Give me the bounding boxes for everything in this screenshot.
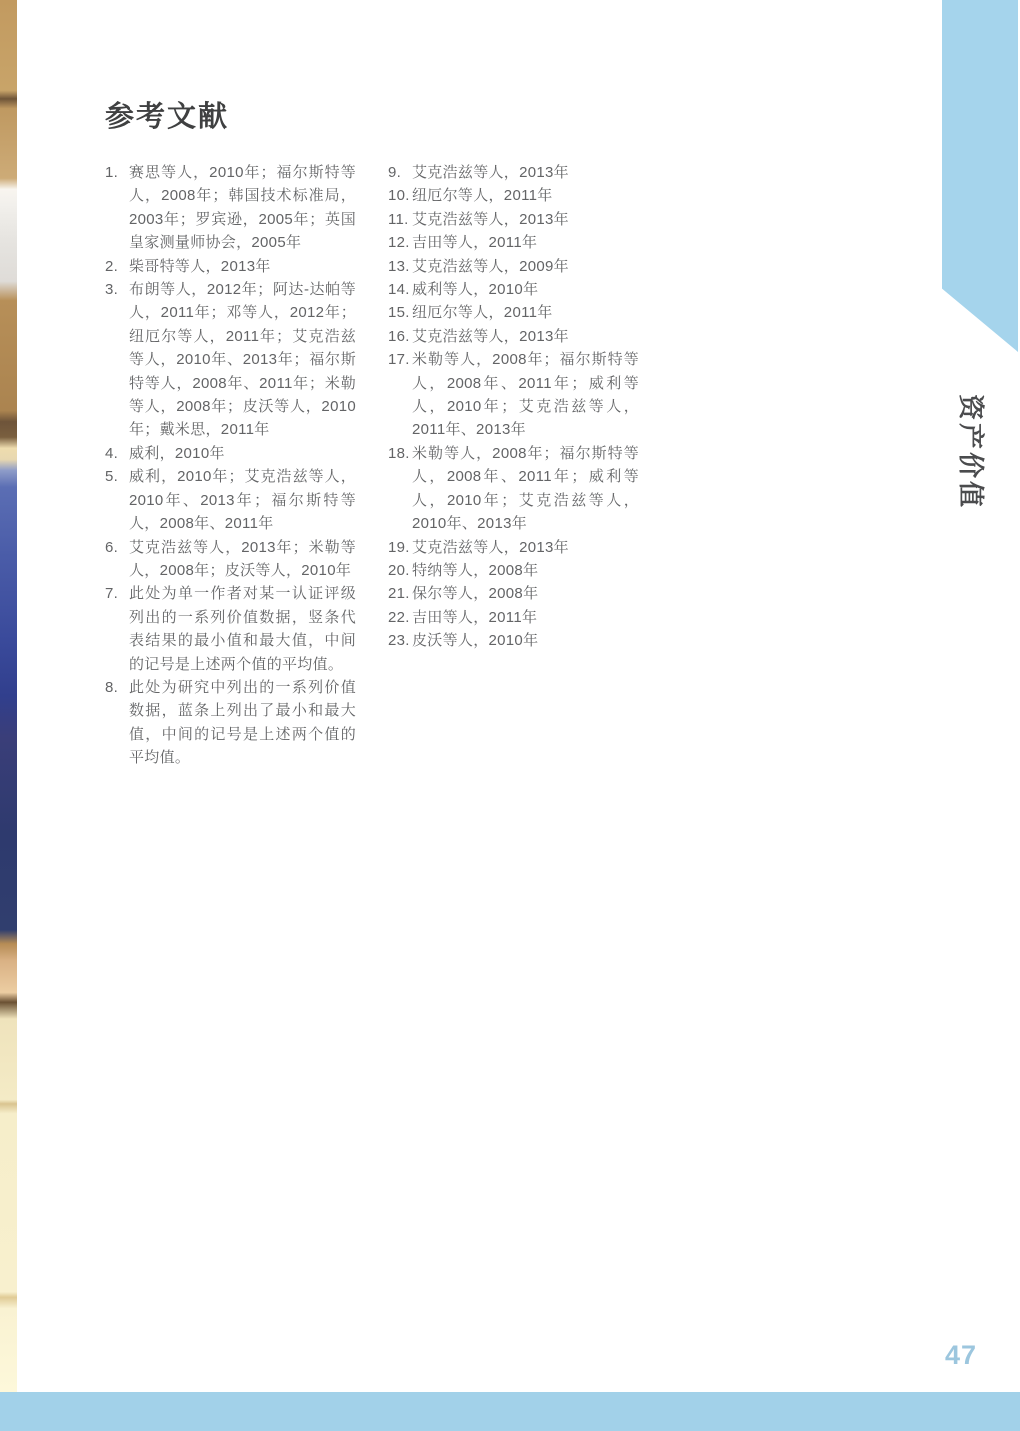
reference-number: 23. — [388, 629, 412, 652]
reference-text: 此处为研究中列出的一系列价值数据，蓝条上列出了最小和最大值，中间的记号是上述两个… — [129, 676, 356, 770]
reference-item: 10.纽厄尔等人，2011年 — [388, 184, 639, 207]
reference-text: 艾克浩兹等人，2013年 — [412, 536, 639, 559]
reference-number: 10. — [388, 184, 412, 207]
reference-item: 17.米勒等人，2008年；福尔斯特等人，2008年、2011年；威利等人，20… — [388, 348, 639, 442]
reference-item: 9.艾克浩兹等人，2013年 — [388, 161, 639, 184]
reference-number: 11. — [388, 208, 412, 231]
reference-text: 布朗等人，2012年；阿达-达帕等人，2011年；邓等人，2012年；纽厄尔等人… — [129, 278, 356, 442]
reference-item: 12.吉田等人，2011年 — [388, 231, 639, 254]
reference-item: 4.威利，2010年 — [105, 442, 356, 465]
reference-text: 特纳等人，2008年 — [412, 559, 639, 582]
reference-item: 7.此处为单一作者对某一认证评级列出的一系列价值数据，竖条代表结果的最小值和最大… — [105, 582, 356, 676]
left-photo-strip — [0, 0, 17, 1392]
reference-number: 1. — [105, 161, 129, 255]
references-list: 1.赛思等人，2010年；福尔斯特等人，2008年；韩国技术标准局，2003年；… — [105, 161, 639, 770]
reference-number: 20. — [388, 559, 412, 582]
reference-item: 11.艾克浩兹等人，2013年 — [388, 208, 639, 231]
reference-number: 3. — [105, 278, 129, 442]
reference-number: 18. — [388, 442, 412, 536]
reference-text: 保尔等人，2008年 — [412, 582, 639, 605]
page-number: 47 — [938, 1340, 984, 1371]
reference-text: 吉田等人，2011年 — [412, 231, 639, 254]
reference-number: 16. — [388, 325, 412, 348]
reference-number: 8. — [105, 676, 129, 770]
reference-text: 此处为单一作者对某一认证评级列出的一系列价值数据，竖条代表结果的最小值和最大值，… — [129, 582, 356, 676]
reference-text: 艾克浩兹等人，2013年 — [412, 208, 639, 231]
reference-item: 5.威利，2010年；艾克浩兹等人，2010年、2013年；福尔斯特等人，200… — [105, 465, 356, 535]
reference-number: 17. — [388, 348, 412, 442]
reference-text: 威利，2010年；艾克浩兹等人，2010年、2013年；福尔斯特等人，2008年… — [129, 465, 356, 535]
reference-item: 22.吉田等人，2011年 — [388, 606, 639, 629]
reference-item: 2.柴哥特等人，2013年 — [105, 255, 356, 278]
reference-text: 艾克浩兹等人，2013年；米勒等人，2008年；皮沃等人，2010年 — [129, 536, 356, 583]
reference-text: 艾克浩兹等人，2013年 — [412, 161, 639, 184]
reference-text: 皮沃等人，2010年 — [412, 629, 639, 652]
reference-item: 14.威利等人，2010年 — [388, 278, 639, 301]
footer-bar — [0, 1392, 1020, 1431]
reference-number: 7. — [105, 582, 129, 676]
reference-number: 14. — [388, 278, 412, 301]
reference-item: 20.特纳等人，2008年 — [388, 559, 639, 582]
reference-text: 米勒等人，2008年；福尔斯特等人，2008年、2011年；威利等人，2010年… — [412, 348, 639, 442]
references-right-column: 9.艾克浩兹等人，2013年 10.纽厄尔等人，2011年 11.艾克浩兹等人，… — [388, 161, 639, 770]
reference-number: 9. — [388, 161, 412, 184]
reference-text: 艾克浩兹等人，2013年 — [412, 325, 639, 348]
reference-item: 16.艾克浩兹等人，2013年 — [388, 325, 639, 348]
reference-text: 威利，2010年 — [129, 442, 356, 465]
reference-number: 15. — [388, 301, 412, 324]
reference-text: 艾克浩兹等人，2009年 — [412, 255, 639, 278]
reference-text: 威利等人，2010年 — [412, 278, 639, 301]
reference-text: 纽厄尔等人，2011年 — [412, 184, 639, 207]
reference-number: 4. — [105, 442, 129, 465]
references-left-column: 1.赛思等人，2010年；福尔斯特等人，2008年；韩国技术标准局，2003年；… — [105, 161, 356, 770]
document-page: 资产价值 参考文献 1.赛思等人，2010年；福尔斯特等人，2008年；韩国技术… — [0, 0, 1020, 1431]
reference-number: 13. — [388, 255, 412, 278]
reference-number: 22. — [388, 606, 412, 629]
reference-item: 1.赛思等人，2010年；福尔斯特等人，2008年；韩国技术标准局，2003年；… — [105, 161, 356, 255]
side-tab-label: 资产价值 — [959, 394, 991, 516]
reference-item: 21.保尔等人，2008年 — [388, 582, 639, 605]
reference-item: 19.艾克浩兹等人，2013年 — [388, 536, 639, 559]
reference-number: 12. — [388, 231, 412, 254]
reference-item: 18.米勒等人，2008年；福尔斯特等人，2008年、2011年；威利等人，20… — [388, 442, 639, 536]
reference-item: 3.布朗等人，2012年；阿达-达帕等人，2011年；邓等人，2012年；纽厄尔… — [105, 278, 356, 442]
reference-item: 8.此处为研究中列出的一系列价值数据，蓝条上列出了最小和最大值，中间的记号是上述… — [105, 676, 356, 770]
reference-item: 23.皮沃等人，2010年 — [388, 629, 639, 652]
reference-text: 吉田等人，2011年 — [412, 606, 639, 629]
reference-number: 19. — [388, 536, 412, 559]
reference-number: 6. — [105, 536, 129, 583]
reference-number: 5. — [105, 465, 129, 535]
reference-text: 纽厄尔等人，2011年 — [412, 301, 639, 324]
side-tab-ribbon — [942, 0, 1018, 352]
reference-text: 赛思等人，2010年；福尔斯特等人，2008年；韩国技术标准局，2003年；罗宾… — [129, 161, 356, 255]
reference-text: 柴哥特等人，2013年 — [129, 255, 356, 278]
reference-text: 米勒等人，2008年；福尔斯特等人，2008年、2011年；威利等人，2010年… — [412, 442, 639, 536]
reference-number: 21. — [388, 582, 412, 605]
page-title: 参考文献 — [105, 94, 229, 135]
reference-item: 13.艾克浩兹等人，2009年 — [388, 255, 639, 278]
reference-item: 15.纽厄尔等人，2011年 — [388, 301, 639, 324]
reference-item: 6.艾克浩兹等人，2013年；米勒等人，2008年；皮沃等人，2010年 — [105, 536, 356, 583]
reference-number: 2. — [105, 255, 129, 278]
